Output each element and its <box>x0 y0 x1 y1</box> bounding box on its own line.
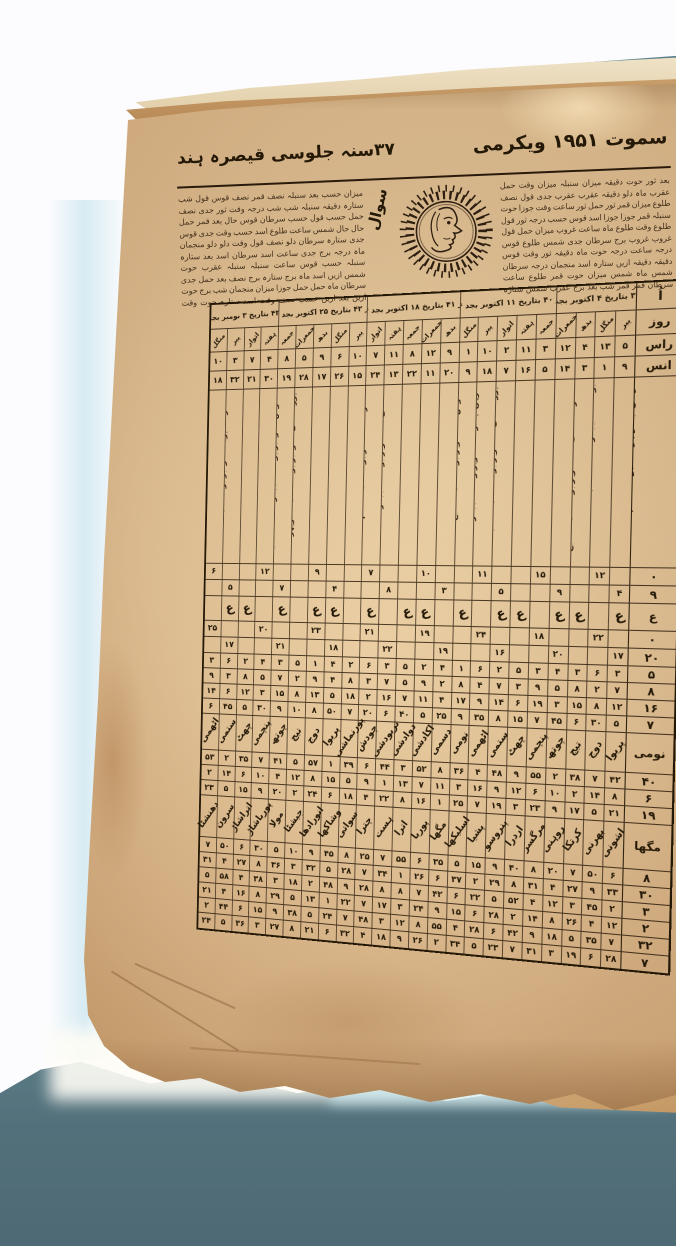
table-cell: ۵ <box>508 663 528 679</box>
table-cell <box>255 581 273 597</box>
table-cell: ۳ <box>377 658 396 673</box>
table-cell: ۸ <box>391 883 410 899</box>
table-cell: ۱۸ <box>477 362 497 382</box>
table-cell: ۱۰ <box>287 702 305 717</box>
table-cell: ۶ <box>233 839 250 855</box>
almanac-table: اُنمبر ۳۹ بتاریخ ۴ اکتوبر بجد ۲۲۰۴نمبر ۴… <box>196 279 676 976</box>
table-cell: ۱۹ <box>433 643 452 660</box>
table-cell: ۱۲ <box>256 564 274 580</box>
table-cell: ۳ <box>253 685 271 700</box>
table-cell <box>289 598 307 623</box>
table-cell <box>379 565 398 581</box>
table-cell: ۸ <box>249 856 267 872</box>
table-cell: ۳۳ <box>602 884 623 901</box>
table-cell: پریوا <box>605 732 626 772</box>
table-cell <box>435 566 454 582</box>
table-cell: ۵ <box>214 914 231 931</box>
table-cell: ۶ <box>566 714 586 730</box>
table-cell: ۱۵ <box>248 902 265 918</box>
table-cell <box>343 565 361 581</box>
table-cell: ۹ <box>203 668 219 683</box>
table-cell <box>452 627 471 644</box>
table-cell: ۱۶ <box>411 793 430 809</box>
table-cell: ۹ <box>427 902 446 919</box>
table-cell: ۲۲ <box>465 889 484 906</box>
table-cell: ۷ <box>366 346 385 365</box>
table-cell: ۸ <box>503 876 523 893</box>
table-cell: ۳ <box>226 351 243 370</box>
table-cell <box>255 597 273 621</box>
table-cell <box>342 641 360 657</box>
table-cell: ع <box>397 599 416 624</box>
table-cell: ۱۸ <box>541 928 561 945</box>
table-cell <box>509 628 529 645</box>
table-cell: ۳ <box>561 897 581 914</box>
table-cell: ۴۵ <box>219 699 236 714</box>
table-cell: انورادھا <box>302 802 321 845</box>
table-cell: ۱۵ <box>321 772 339 788</box>
table-cell: ۲ <box>414 660 433 676</box>
table-cell: ۶ <box>330 347 348 366</box>
table-cell: پوربا <box>410 809 429 853</box>
table-cell: ۹ <box>414 676 433 692</box>
table-cell <box>510 584 530 601</box>
table-cell <box>360 641 378 657</box>
table-cell: ۴ <box>547 664 567 680</box>
table-cell: پیر <box>348 323 367 346</box>
table-cell: ۳ <box>607 666 628 682</box>
table-cell: ۵ <box>300 907 318 923</box>
table-cell: ۵ <box>396 659 415 675</box>
table-cell: اشونی <box>602 822 623 868</box>
table-cell: ہفتہ <box>385 321 404 345</box>
table-cell: ۷ <box>354 896 372 912</box>
table-cell: ۱۱ <box>472 566 491 582</box>
table-cell: ۲ <box>301 876 319 892</box>
table-cell: ۲ <box>426 934 445 952</box>
table-cell: ۸ <box>341 673 359 688</box>
table-cell: مگھا <box>428 810 448 854</box>
table-cell <box>549 567 569 584</box>
table-cell: ۱ <box>375 775 394 791</box>
table-cell: ۳ <box>393 760 412 776</box>
table-cell: ۱۶ <box>515 360 535 380</box>
table-cell: ۴ <box>254 655 272 670</box>
table-cell: ۲۴ <box>303 786 321 802</box>
table-cell: ۲۰ <box>268 784 286 800</box>
table-cell: ۹ <box>544 801 564 818</box>
table-cell: ۱ <box>429 794 448 810</box>
table-cell: ۳ <box>546 697 566 713</box>
table-cell: ستمی <box>218 714 236 750</box>
table-cell: ۱۰ <box>251 768 269 783</box>
table-cell: ۴ <box>522 894 542 911</box>
month-group-header: نمبر ۳۹ بتاریخ ۴ اکتوبر بجد ۲۲۰۴ <box>555 283 636 313</box>
table-cell: ۱۱ <box>430 778 449 794</box>
table-cell: ۱۷ <box>220 637 237 653</box>
table-cell <box>273 564 291 580</box>
table-cell: دوج <box>585 731 606 770</box>
table-cell: ۲۵ <box>355 849 373 865</box>
table-cell: ۱۷ <box>564 802 584 819</box>
table-cell: ۳ <box>567 664 587 680</box>
table-cell: ۳۰ <box>253 701 271 716</box>
table-cell: ۱۳ <box>384 365 403 384</box>
table-cell: اُ <box>636 281 676 310</box>
table-cell: ۴ <box>542 879 562 896</box>
table-cell: ۱۲ <box>286 770 304 786</box>
table-cell: ۳۶ <box>231 916 248 933</box>
table-cell: ۸ <box>451 677 470 693</box>
table-cell: اتراشاڑ <box>233 797 251 839</box>
table-cell: ۶ <box>219 684 236 699</box>
table-cell: ۸ <box>627 683 675 701</box>
table-cell: ۲۲ <box>336 894 354 910</box>
table-cell: ۵۷ <box>304 755 322 771</box>
table-cell: ۷ <box>562 864 582 881</box>
table-cell: ۲ <box>218 751 235 766</box>
table-cell: ۹ <box>506 766 526 782</box>
table-cell: ۲ <box>496 340 516 360</box>
table-cell <box>587 647 607 664</box>
table-cell: ۱۶ <box>626 700 674 718</box>
table-cell: ۱ <box>321 756 339 772</box>
table-cell: ۴ <box>268 769 286 785</box>
table-cell <box>398 566 417 582</box>
table-cell: ستمی <box>487 727 507 766</box>
table-cell: ۳ <box>508 679 528 695</box>
table-cell <box>416 583 435 599</box>
table-cell: ۹ <box>357 774 375 790</box>
table-cell <box>220 621 237 637</box>
table-cell: ۲ <box>503 909 523 926</box>
table-cell: ۱۱ <box>420 364 439 384</box>
table-cell: ہست <box>373 807 392 851</box>
table-cell: ۱ <box>318 893 336 909</box>
table-cell: ع <box>568 603 588 629</box>
table-cell: ۱۵ <box>446 904 465 921</box>
table-cell <box>222 564 239 579</box>
table-cell <box>453 566 472 582</box>
table-cell: دوج <box>304 718 322 755</box>
table-cell: بھرنی <box>582 820 603 866</box>
table-cell: ۲۵ <box>448 795 467 811</box>
table-cell: ۲۱ <box>243 370 261 389</box>
table-cell: ۸ <box>372 881 391 897</box>
table-cell: ۲۷ <box>265 919 283 936</box>
table-cell: ۵ <box>253 670 271 685</box>
table-cell: ۳۴ <box>445 936 464 954</box>
table-cell: ۵ <box>395 675 414 691</box>
table-cell: ۴۰ <box>504 860 524 877</box>
table-cell: ۴ <box>353 927 371 944</box>
table-cell: ۲ <box>465 873 484 890</box>
table-cell: ۸ <box>586 698 606 714</box>
table-cell: ۴ <box>232 870 249 886</box>
table-cell: ۱۷ <box>372 897 391 913</box>
table-cell: ۹ <box>629 586 676 604</box>
table-cell <box>528 646 548 663</box>
table-cell: ۱۲ <box>606 699 627 715</box>
table-cell: ۱۶ <box>377 690 396 706</box>
table-cell: ۷ <box>620 952 668 973</box>
table-cell: ۲ <box>358 689 376 705</box>
table-cell: ۵۰ <box>216 838 233 854</box>
table-cell: ۱۸ <box>284 874 302 890</box>
table-cell: ۲۶ <box>408 932 427 950</box>
photo-of-almanac-page: سموت ۱۹۵۱ ویکرمی ۳۷ سنہ جلوسی قیصرہ ہند … <box>0 0 676 1246</box>
table-cell: ۲ <box>545 768 565 785</box>
table-cell: ۹ <box>522 927 542 944</box>
table-cell: ۱۸ <box>324 640 342 656</box>
table-cell <box>205 596 221 620</box>
table-cell: ۲۲ <box>378 642 397 658</box>
table-cell: ۵ <box>627 666 675 683</box>
table-cell: ۳۸ <box>249 871 266 887</box>
table-cell: · <box>629 568 676 585</box>
table-cell: ۲ <box>341 657 359 672</box>
table-cell: ۷ <box>273 581 291 597</box>
table-cell: پریوا <box>322 719 341 756</box>
table-cell: ۷ <box>526 712 546 728</box>
table-cell: کرتکا <box>563 819 584 865</box>
table-cell: ۱۶ <box>232 885 249 901</box>
month-group-header: شہر ۴۲ بتاریخ ۲۵ اکتوبر بجد ۳۰۴ <box>279 297 368 326</box>
table-cell <box>510 567 530 584</box>
table-cell: تیج <box>286 718 304 755</box>
table-cell: ۳۱ <box>200 852 216 868</box>
table-cell: ۴ <box>432 692 451 708</box>
table-cell: راس <box>635 334 676 356</box>
table-cell: اتوار <box>243 327 261 350</box>
table-cell: ۲۶ <box>330 367 348 386</box>
table-cell: ۶ <box>624 789 672 808</box>
table-cell: ۹ <box>458 362 477 382</box>
table-cell: اتوار <box>366 322 385 346</box>
table-cell: ۵ <box>217 781 234 796</box>
table-cell: ۵ <box>221 580 238 596</box>
table-cell: ۴ <box>445 920 464 937</box>
table-cell: پیر <box>226 328 243 351</box>
table-cell: ۲ <box>564 786 584 803</box>
table-cell <box>361 582 379 598</box>
table-cell: ۳۱ <box>523 878 543 895</box>
table-cell: ۶ <box>587 665 607 681</box>
table-cell: ۱ <box>451 661 470 677</box>
paper-stain <box>220 960 480 1080</box>
paper-page: سموت ۱۹۵۱ ویکرمی ۳۷ سنہ جلوسی قیصرہ ہند … <box>70 80 676 1110</box>
table-cell: ۱۷ <box>450 693 469 709</box>
table-cell: ۱۸ <box>528 628 548 645</box>
table-cell: ۴۲ <box>604 772 625 789</box>
table-cell: ۵۵ <box>427 918 446 935</box>
table-cell: ۱۵ <box>507 711 527 727</box>
table-cell: ۱ <box>306 656 324 671</box>
table-cell: ۳ <box>219 669 236 684</box>
table-cell: ۵۵ <box>525 767 545 783</box>
table-cell: ۶ <box>203 698 219 713</box>
table-cell: ۲۸ <box>294 368 312 387</box>
table-cell: منگل <box>331 324 349 347</box>
table-cell: ۷ <box>467 796 486 812</box>
table-cell: ۱۲ <box>542 896 562 913</box>
table-cell: ۳ <box>271 655 289 670</box>
table-cell: ۲ <box>285 785 303 801</box>
table-cell: ۳ <box>541 945 561 963</box>
table-cell: ۲ <box>601 900 622 917</box>
table-cell: ۲۸ <box>600 950 621 969</box>
table-cell: ۲۵ <box>431 708 450 724</box>
table-cell: ۳۱ <box>521 943 541 961</box>
table-cell: ۱۳ <box>301 891 319 907</box>
table-cell: ۱۹ <box>527 696 547 712</box>
table-cell: پیر <box>615 311 636 336</box>
paper-crease <box>134 963 235 1010</box>
table-cell: ۲۷ <box>232 855 249 871</box>
table-cell: ۲۴ <box>198 913 214 930</box>
table-cell: چھٹ <box>506 728 526 767</box>
table-cell: ۱۹ <box>560 946 580 964</box>
table-cell: ۳۲ <box>335 925 353 942</box>
table-cell: ۵ <box>236 700 253 715</box>
table-cell: ۸ <box>337 847 355 863</box>
table-cell: ۶ <box>231 900 248 916</box>
table-cell: ۷ <box>373 850 392 866</box>
table-cell: ۸ <box>430 762 449 778</box>
table-cell: ۱۵ <box>530 567 550 584</box>
table-cell: ۱۲ <box>601 917 622 934</box>
table-cell: ۱۲ <box>421 343 440 363</box>
table-cell: ۹ <box>614 357 635 378</box>
table-cell: ۱۵ <box>234 782 251 797</box>
table-cell: ۲ <box>199 897 215 913</box>
table-cell: ۸ <box>523 861 543 878</box>
table-cell: ۱۰ <box>477 341 497 361</box>
table-cell: ۴۵ <box>581 899 601 916</box>
table-cell: ۲۳ <box>201 780 217 795</box>
table-cell: ۷ <box>409 885 428 902</box>
table-cell <box>290 565 308 581</box>
table-cell: منگل <box>210 329 226 352</box>
table-cell: ۳ <box>372 913 391 929</box>
table-cell: ۶ <box>359 658 377 673</box>
table-cell: ع <box>238 597 256 621</box>
table-cell: ۱۸ <box>341 689 359 704</box>
table-cell: ۹ <box>308 565 326 581</box>
table-cell: ۲۳ <box>524 800 544 817</box>
table-cell: ۹ <box>527 680 547 696</box>
table-cell: ع <box>548 602 568 628</box>
table-cell: ۱۵ <box>348 366 366 385</box>
table-cell: ۳۰ <box>260 369 278 388</box>
samvat-year-label: سموت ۱۹۵۱ ویکرمی <box>472 126 668 156</box>
table-cell: ۵ <box>413 707 432 723</box>
month-group-header: نمبر ۴۱ بتاریخ ۱۸ اکتوبر بجد ۴۰۴ <box>367 292 460 321</box>
table-cell: ع <box>628 604 676 631</box>
table-cell: ۵ <box>583 804 603 821</box>
table-cell: ۱۲ <box>589 568 609 585</box>
table-cell: ۲۶ <box>561 914 581 931</box>
intro-paragraph-right: بعد ثور حوت دقیقہ میزان سنبلہ میزان وقت … <box>500 175 674 295</box>
table-cell: ہفتہ <box>516 315 536 339</box>
table-cell: ۹ <box>469 694 488 710</box>
table-cell: ۲ <box>288 671 306 686</box>
month-group-header: نمبر ۴۰ بتاریخ ۱۱ اکتوبر بجد ۱۳۰۴ <box>459 287 556 317</box>
table-cell: ۷ <box>243 351 261 370</box>
table-cell: جمعہ <box>403 320 422 344</box>
table-cell <box>452 644 471 661</box>
table-cell: ۱۵ <box>466 857 485 874</box>
table-cell: مرگسر <box>523 816 544 861</box>
table-cell <box>307 581 325 597</box>
table-cell <box>378 625 397 641</box>
table-cell: ۵۲ <box>412 761 431 777</box>
table-cell <box>548 629 568 646</box>
table-cell: بدھ <box>440 319 459 343</box>
table-cell: ۶ <box>410 853 429 869</box>
table-cell: ۲۲ <box>374 791 393 807</box>
table-cell: ع <box>509 601 529 627</box>
table-cell: ۴۸ <box>319 877 337 893</box>
table-cell: ۹ <box>485 858 505 875</box>
table-cell <box>342 598 360 623</box>
table-cell: ۶ <box>525 784 545 801</box>
table-cell: ۵۳ <box>202 750 218 765</box>
table-cell: ۶ <box>470 661 489 677</box>
table-cell: ۴۴ <box>214 899 231 915</box>
table-cell: ۳۸ <box>564 770 584 787</box>
table-cell <box>289 623 307 639</box>
table-cell: ۲۶ <box>409 869 428 885</box>
table-cell <box>204 637 220 653</box>
table-cell: ۲۱ <box>271 639 289 655</box>
table-cell: ع <box>415 600 434 625</box>
table-cell: ۳ <box>248 917 266 934</box>
table-cell: ۵ <box>286 754 304 770</box>
table-cell <box>608 630 629 647</box>
table-cell: ۵ <box>491 584 511 601</box>
table-cell <box>378 599 397 624</box>
table-cell: ۲۸ <box>483 907 502 924</box>
table-cell: ۹ <box>270 701 288 716</box>
table-cell: ۴ <box>215 884 232 900</box>
table-cell <box>289 639 307 655</box>
table-cell: ۲۸ <box>354 880 372 896</box>
table-cell: ۱۲ <box>390 915 409 932</box>
table-cell: پنچمی <box>252 716 270 752</box>
table-cell: ۳ <box>449 779 468 795</box>
table-cell: ۸ <box>393 792 412 808</box>
page-number: ۳۷ <box>374 140 396 161</box>
table-cell: ۵ <box>199 867 215 883</box>
table-cell: ۳ <box>528 663 548 679</box>
table-cell: ۴ <box>468 764 487 780</box>
table-cell: ۳۵ <box>580 932 600 949</box>
table-cell: ۱۴ <box>203 683 219 698</box>
table-cell: ۳ <box>390 899 409 915</box>
table-cell <box>238 580 255 596</box>
table-cell: ۳ <box>284 859 302 875</box>
table-cell: ۶ <box>206 564 222 579</box>
table-cell: چترا <box>355 805 374 849</box>
table-cell: ۶ <box>508 695 528 711</box>
table-cell <box>397 583 416 599</box>
table-cell: ۷ <box>606 682 627 698</box>
table-cell: پنچمی <box>526 729 546 768</box>
table-cell: ۲ <box>201 765 217 780</box>
table-cell: ۶ <box>483 923 502 940</box>
table-cell <box>325 565 343 581</box>
